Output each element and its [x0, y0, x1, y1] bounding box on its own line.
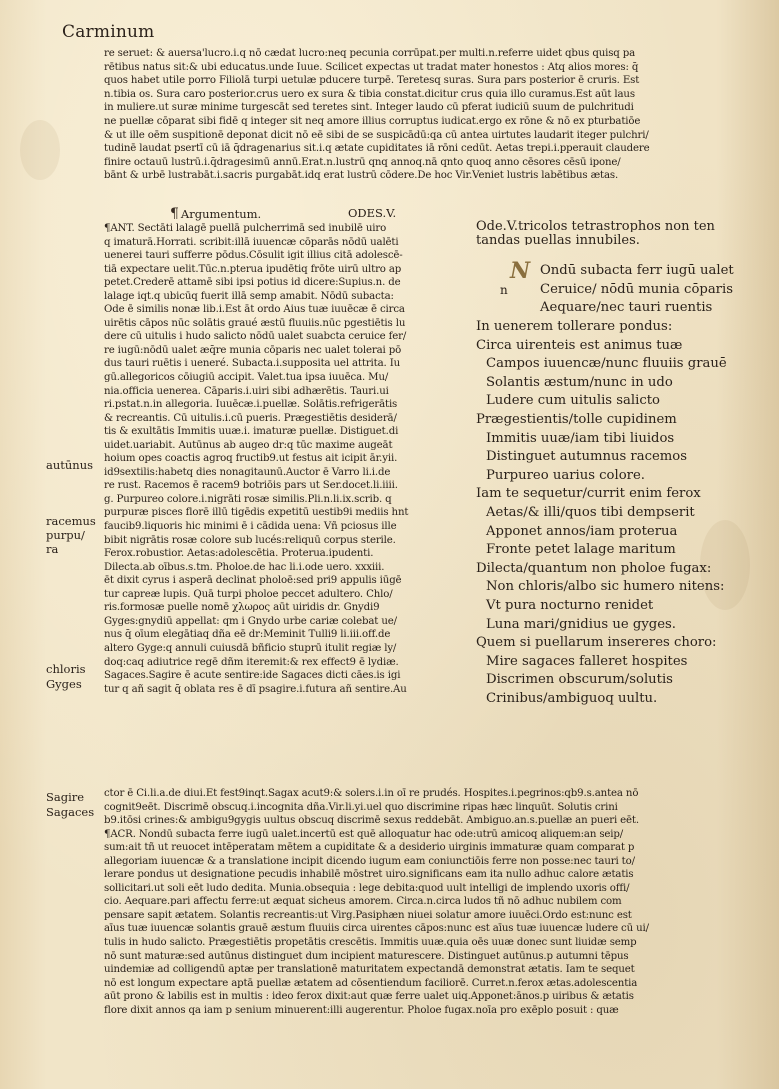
commentary-line: nia.officia uenerea. Cāparis.i.uiri sibi… [104, 385, 470, 399]
commentary-line: re rust. Racemos ē racem9 botriōis pars … [104, 479, 470, 493]
margin-note: Sagire [46, 790, 84, 804]
poem-verse: Purpureo uarius colore. [476, 467, 727, 486]
commentary-line: bānt & urbē lustrabāt.i.sacris purgabāt.… [104, 169, 760, 183]
commentary-line: sollicitari.ut soli eēt ludo dedita. Mun… [104, 882, 760, 896]
margin-note: ra [46, 542, 58, 556]
poem-header-line: tandas puellas innubiles. [476, 232, 715, 246]
decorated-initial: N [510, 258, 530, 284]
commentary-line: dus tauri ruētis i ueneré. Subacta.i.sup… [104, 357, 470, 371]
margin-note: racemus [46, 514, 96, 528]
commentary-line: bibit nigrātis rosæ colore sub lucés:rel… [104, 534, 470, 548]
commentary-line: ris.formosæ puelle nomē χλωρος aūt uirid… [104, 601, 470, 615]
commentary-line: finire octauū lustrū.i.q̄dragesimū annū.… [104, 156, 760, 170]
top-commentary: re seruet: & auersa'lucro.i.q nō cædat l… [104, 47, 760, 183]
poem-verse: Apponet annos/iam proterua [476, 523, 727, 542]
poem-verse: Circa uirenteis est animus tuæ [476, 337, 727, 356]
margin-note: Gyges [46, 677, 82, 691]
commentary-line: re seruet: & auersa'lucro.i.q nō cædat l… [104, 47, 760, 61]
commentary-line: in muliere.ut suræ minime turgescāt sed … [104, 101, 760, 115]
commentary-line: gū.allegoricos cōiugiū accipit. Valet.tu… [104, 371, 470, 385]
margin-note: purpu/ [46, 528, 85, 542]
poem-verse: Iam te sequetur/currit enim ferox [476, 485, 727, 504]
commentary-line: tur q añ sagit q̄ oblata res ē dī psagir… [104, 683, 470, 697]
commentary-line: altero Gyge:q annuli cuiusdā bñficio stu… [104, 642, 470, 656]
pilcrow-icon: ¶ [170, 206, 179, 222]
commentary-line: ¶ACR. Nondū subacta ferre iugū ualet.inc… [104, 828, 760, 842]
commentary-line: nus q̄ oīum elegātiaq dña eē dr:Meminit … [104, 628, 470, 642]
commentary-line: tulis in hudo salicto. Prægestiētis prop… [104, 936, 760, 950]
poem-verse: Ondū subacta ferr iugū ualet [540, 262, 734, 281]
commentary-line: & ut ille oēm suspitionē deponat dicit n… [104, 129, 760, 143]
poem-text: In uenerem tollerare pondus:Circa uirent… [476, 318, 727, 708]
poem-verse: Ludere cum uitulis salicto [476, 392, 727, 411]
commentary-line: tudinē laudat psertī cū iā q̄dragenarius… [104, 142, 760, 156]
poem-verse: Luna mari/gnidius ue gyges. [476, 616, 727, 635]
poem-verse: Quem si puellarum insereres choro: [476, 634, 727, 653]
commentary-line: cio. Aequare.pari affectu ferre:ut æquat… [104, 895, 760, 909]
commentary-line: id9sextilis:habetq dies nonagitaunū.Auct… [104, 466, 470, 480]
poem-verse: Immitis uuæ/iam tibi liuidos [476, 430, 727, 449]
commentary-line: ēt dixit cyrus i asperā declinat pholoē:… [104, 574, 470, 588]
commentary-line: hoium opes coactis agroq fructib9.ut fes… [104, 452, 470, 466]
commentary-line: uindemiæ ad colligendū aptæ per translat… [104, 963, 760, 977]
commentary-line: uidet.uariabit. Autūnus ab augeo dr:q tū… [104, 439, 470, 453]
guide-letter: n [500, 283, 508, 297]
commentary-line: allegoriam iuuencæ & a translatione inci… [104, 855, 760, 869]
commentary-line: tur capreæ lupis. Quā turpi pholoe pecce… [104, 588, 470, 602]
margin-note: chloris [46, 662, 86, 676]
commentary-line: re iugū:nōdū ualet æq̄re munia cōparis n… [104, 344, 470, 358]
poem-verse: Vt pura nocturno renidet [476, 597, 727, 616]
commentary-line: flore dixit annos qa iam p senium minuer… [104, 1004, 760, 1018]
commentary-line: dere cū uitulis i hudo salicto nōdū uale… [104, 330, 470, 344]
margin-note: Sagaces [46, 805, 94, 819]
odes-heading: ODES.V. [348, 206, 396, 220]
left-commentary: ¶ANT. Sectāti lalagē puellā pulcherrimā … [104, 222, 470, 696]
poem-verse: Discrimen obscurum/solutis [476, 671, 727, 690]
commentary-line: tiā expectare uelit.Tūc.n.pterua ipudēti… [104, 263, 470, 277]
commentary-line: pensare sapit ætatem. Solantis recreanti… [104, 909, 760, 923]
commentary-line: quos habet utile porro Filiolā turpi uet… [104, 74, 760, 88]
commentary-line: Dilecta.ab oībus.s.tm. Pholoe.de hac li.… [104, 561, 470, 575]
commentary-line: ne puellæ cōparat sibi fidē q integer si… [104, 115, 760, 129]
poem-verse: In uenerem tollerare pondus: [476, 318, 727, 337]
commentary-line: Ferox.robustior. Aetas:adolescētia. Prot… [104, 547, 470, 561]
poem-verse: Aetas/& illi/quos tibi dempserit [476, 504, 727, 523]
running-head: Carminum [62, 22, 154, 42]
poem-verse: Non chloris/albo sic humero nitens: [476, 578, 727, 597]
poem-verse: Solantis æstum/nunc in udo [476, 374, 727, 393]
commentary-line: uenerei tauri sufferre pōdus.Cōsulit igi… [104, 249, 470, 263]
commentary-line: n.tibia os. Sura caro posterior.crus uer… [104, 88, 760, 102]
commentary-line: q imaturā.Horrati. scribit:illā iuuencæ … [104, 236, 470, 250]
poem-header: Ode.V.tricolos tetrastrophos non ten tan… [476, 218, 715, 245]
commentary-line: petet.Crederē attamē sibi ipsi potius id… [104, 276, 470, 290]
argument-heading: ¶Argumentum. [170, 206, 261, 222]
poem-verse: Mire sagaces falleret hospites [476, 653, 727, 672]
poem-verse: Crinibus/ambiguoq uultu. [476, 690, 727, 709]
commentary-line: nō sunt maturæ:sed autūnus distinguet du… [104, 950, 760, 964]
commentary-line: & recreantis. Cū uitulis.i.cū pueris. Pr… [104, 412, 470, 426]
argument-label: Argumentum. [181, 207, 261, 221]
commentary-line: lerare pondus ut designatione pecudis in… [104, 868, 760, 882]
commentary-line: aūt prono & labilis est in multis : ideo… [104, 990, 760, 1004]
commentary-line: b9.itōsi crines:& ambigu9gygis uultus ob… [104, 814, 760, 828]
poem-verse: Aequare/nec tauri ruentis [540, 299, 734, 318]
commentary-line: tis & exultātis Immitis uuæ.i. imaturæ p… [104, 425, 470, 439]
commentary-line: purpuræ pisces florē illū tigēdis expeti… [104, 506, 470, 520]
poem-verse: Prægestientis/tolle cupidinem [476, 411, 727, 430]
book-page: Carminum re seruet: & auersa'lucro.i.q n… [0, 0, 779, 1089]
commentary-line: Gyges:gnydiū appellat: qm i Gnydo urbe c… [104, 615, 470, 629]
poem-verse: Fronte petet lalage maritum [476, 541, 727, 560]
margin-note: autūnus [46, 458, 93, 472]
commentary-line: ¶ANT. Sectāti lalagē puellā pulcherrimā … [104, 222, 470, 236]
commentary-line: sum:ait tñ ut reuocet intēperatam mētem … [104, 841, 760, 855]
commentary-line: nō est longum expectare aptā puellæ ætat… [104, 977, 760, 991]
commentary-line: rētibus natus sit:& ubi educatus.unde Iu… [104, 61, 760, 75]
poem-opening-lines: Ondū subacta ferr iugū ualetCeruice/ nōd… [540, 262, 734, 318]
poem-verse: Dilecta/quantum non pholoe fugax: [476, 560, 727, 579]
commentary-line: Ode ē similis nonæ lib.i.Est āt ordo Aiu… [104, 303, 470, 317]
poem-header-line: Ode.V.tricolos tetrastrophos non ten [476, 218, 715, 232]
commentary-line: aīus tuæ iuuencæ solantis grauē æstum fl… [104, 922, 760, 936]
poem-verse: Distinguet autumnus racemos [476, 448, 727, 467]
commentary-line: lalage iqt.q ubicūq fuerit illā semp ama… [104, 290, 470, 304]
commentary-line: doq:caq adiutrice regē dñm iteremit:& re… [104, 656, 470, 670]
bottom-commentary: ctor ē Ci.li.a.de diui.Et fest9inqt.Saga… [104, 787, 760, 1017]
commentary-line: Sagaces.Sagire ē acute sentire:ide Sagac… [104, 669, 470, 683]
commentary-line: g. Purpureo colore.i.nigrāti rosæ simili… [104, 493, 470, 507]
commentary-line: ctor ē Ci.li.a.de diui.Et fest9inqt.Saga… [104, 787, 760, 801]
poem-verse: Campos iuuencæ/nunc fluuiis grauē [476, 355, 727, 374]
poem-verse: Ceruice/ nōdū munia cōparis [540, 281, 734, 300]
commentary-line: cognit9eēt. Discrimē obscuq.i.incognita … [104, 801, 760, 815]
commentary-line: uirētis cāpos nūc solātis graué æstū flu… [104, 317, 470, 331]
commentary-line: ri.pstat.n.in allegoria. Iuuēcæ.i.puellæ… [104, 398, 470, 412]
commentary-line: faucib9.liquoris hic minimi ē i cādida u… [104, 520, 470, 534]
paper-stain [20, 120, 60, 180]
